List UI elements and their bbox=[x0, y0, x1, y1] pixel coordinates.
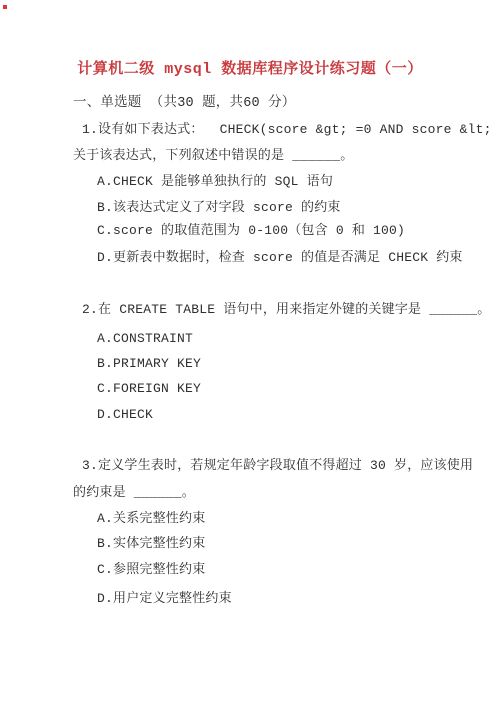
document-title: 计算机二级 mysql 数据库程序设计练习题（一） bbox=[0, 57, 500, 78]
question-3-option-c: C.参照完整性约束 bbox=[97, 561, 205, 578]
section-header: 一、单选题 （共30 题，共60 分） bbox=[73, 95, 296, 112]
document-page: 计算机二级 mysql 数据库程序设计练习题（一） 一、单选题 （共30 题，共… bbox=[0, 0, 500, 708]
question-3-option-a: A.关系完整性约束 bbox=[97, 510, 205, 527]
question-2-option-c: C.FOREIGN KEY bbox=[97, 380, 201, 397]
question-1-line-2: 关于该表达式，下列叙述中错误的是 ______。 bbox=[73, 147, 353, 164]
question-3-line-1: 3.定义学生表时，若规定年龄字段取值不得超过 30 岁，应该使用 bbox=[82, 457, 473, 474]
question-2-line-1: 2.在 CREATE TABLE 语句中，用来指定外键的关键字是 ______。 bbox=[82, 301, 490, 318]
question-1-line-1: 1.设有如下表达式： CHECK(score &gt; =0 AND score… bbox=[82, 121, 500, 138]
question-2-option-a: A.CONSTRAINT bbox=[97, 330, 193, 347]
question-1-option-c: C.score 的取值范围为 0-100（包含 0 和 100) bbox=[97, 222, 405, 239]
corner-red-dot bbox=[3, 5, 7, 9]
question-3-option-b: B.实体完整性约束 bbox=[97, 535, 205, 552]
question-2-option-b: B.PRIMARY KEY bbox=[97, 355, 201, 372]
question-3-option-d: D.用户定义完整性约束 bbox=[97, 590, 232, 607]
question-3-line-2: 的约束是 ______。 bbox=[73, 484, 195, 501]
question-1-option-d: D.更新表中数据时，检查 score 的值是否满足 CHECK 约束 bbox=[97, 249, 463, 266]
question-2-option-d: D.CHECK bbox=[97, 406, 153, 423]
question-1-option-a: A.CHECK 是能够单独执行的 SQL 语句 bbox=[97, 173, 333, 190]
question-1-option-b: B.该表达式定义了对字段 score 的约束 bbox=[97, 199, 341, 216]
